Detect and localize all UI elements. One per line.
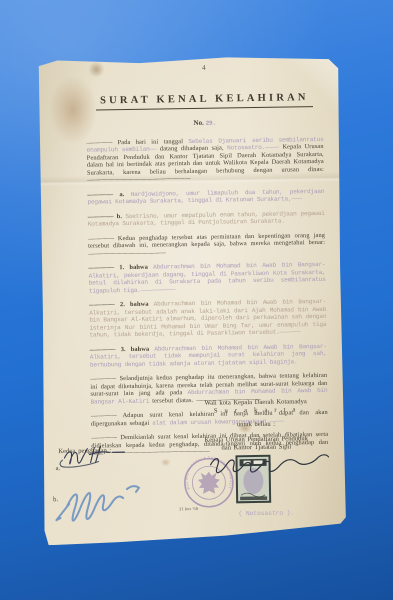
paragraph-opening: ———— Pada hari ini tanggal Sebelas Djanu… — [86, 135, 324, 184]
witness-b-label: ———— b. — [88, 213, 123, 221]
item-3: ———— 3. bahwa Abdurrachman bin Mohamad b… — [90, 342, 327, 368]
witness-a-line: ———— a. Hardjowidjono, umur limapuluh du… — [87, 187, 324, 206]
paragraph-further: ———— Selandjutnja kedua penghadap itu me… — [90, 372, 327, 406]
form-mark: 4 — [85, 62, 322, 75]
witness-a-label: ———— a. — [87, 191, 124, 199]
witness-b-typed: Soetrisno, umur empatpuluh enam tahun, p… — [88, 209, 325, 227]
document-content: 4 SURAT KENAL KELAHIRAN No. 29. ———— Pad… — [36, 54, 347, 546]
photo-background: 4 SURAT KENAL KELAHIRAN No. 29. ———— Pad… — [0, 0, 393, 600]
item-2: ———— 2. bahwa Abdurrachman bin Mohamad b… — [89, 298, 327, 339]
document-title: SURAT KENAL KELAHIRAN — [96, 92, 313, 110]
typed-purpose: alat dalam urusan kewarganegaraan.———— — [152, 417, 283, 426]
document-paper: 4 SURAT KENAL KELAHIRAN No. 29. ———— Pad… — [36, 54, 347, 546]
paragraph-declaration: ———— Kedua penghadap tersebut atas permi… — [88, 231, 325, 257]
printed-text: tersebut diatas. —————————— — [152, 395, 261, 404]
item-1: ———— 1. bahwa Abdurrachman bin Mohamad b… — [88, 261, 325, 295]
paragraph-closing: ———— Demikianlah surat kenal kelahiran i… — [91, 431, 328, 457]
number-value: 29. — [206, 119, 216, 126]
witness-b-line: ———— b. Soetrisno, umur empatpuluh enam … — [88, 209, 325, 228]
paragraph-purpose: ———— Adapun surat kenal kelahiran ini ha… — [91, 409, 328, 428]
number-label: No. — [193, 118, 203, 126]
